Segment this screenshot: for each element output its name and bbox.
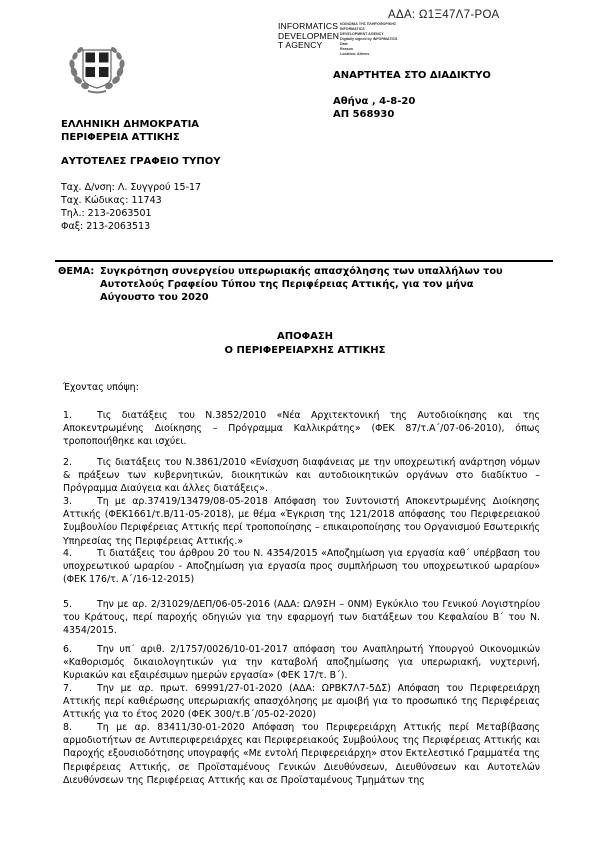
document-meta: ΑΝΑΡΤΗΤΕΑ ΣΤΟ ΔΙΑΔΙΚΤΥΟ Αθήνα , 4-8-20 Α…	[333, 70, 491, 121]
issuer-region: ΠΕΡΙΦΕΡΕΙΑ ΑΤΤΙΚΗΣ	[61, 131, 199, 144]
protocol-number: ΑΠ 568930	[333, 108, 491, 121]
considerations-item: 8.Τη με αρ. 83411/30-01-2020 Απόφαση του…	[63, 721, 540, 787]
greek-coat-of-arms-icon	[66, 42, 128, 94]
publish-note: ΑΝΑΡΤΗΤΕΑ ΣΤΟ ΔΙΑΔΙΚΤΥΟ	[333, 70, 491, 81]
digital-signature-stamp: ΚΟΙΝΩΝΙΑ ΤΗΣ ΠΛΗΡΟΦΟΡΙΚΗΣ INFORMATICS DE…	[340, 22, 397, 57]
decision-title: ΑΠΟΦΑΣΗ	[55, 330, 555, 344]
item-number: 4.	[63, 547, 97, 560]
contact-postal-code: Ταχ. Κώδικας: 11743	[61, 194, 201, 207]
item-number: 7.	[63, 682, 97, 695]
informatics-agency-logo: INFORMATICS DEVELOPMEN T AGENCY	[278, 22, 339, 51]
decision-heading: ΑΠΟΦΑΣΗ Ο ΠΕΡΙΦΕΡΕΙΑΡΧΗΣ ΑΤΤΙΚΗΣ	[55, 330, 555, 358]
contact-address: Ταχ. Δ/νση: Λ. Συγγρού 15-17	[61, 181, 201, 194]
considerations-item: 6.Την υπ΄ αριθ. 2/1757/0026/10-01-2017 α…	[63, 643, 540, 683]
contact-block: Ταχ. Δ/νση: Λ. Συγγρού 15-17 Ταχ. Κώδικα…	[61, 181, 201, 233]
item-text: Τι διατάξεις του άρθρου 20 του Ν. 4354/2…	[63, 548, 540, 585]
subject-line: Συγκρότηση συνεργείου υπερωριακής απασχό…	[100, 266, 503, 277]
considerations-item: 7.Την με αρ. πρωτ. 69991/27-01-2020 (ΑΔΑ…	[63, 682, 540, 722]
item-number: 2.	[63, 456, 97, 469]
logo-line: T AGENCY	[278, 41, 339, 51]
subject-label: ΘΕΜΑ:	[58, 265, 100, 278]
decision-subtitle: Ο ΠΕΡΙΦΕΡΕΙΑΡΧΗΣ ΑΤΤΙΚΗΣ	[55, 344, 555, 358]
issuer-department: ΑΥΤΟΤΕΛΕΣ ΓΡΑΦΕΙΟ ΤΥΠΟΥ	[61, 155, 221, 168]
item-number: 8.	[63, 721, 97, 734]
contact-phone: Τηλ.: 213-2063501	[61, 207, 201, 220]
item-number: 1.	[63, 409, 97, 422]
subject-line: Αύγουστο του 2020	[58, 291, 538, 304]
item-number: 5.	[63, 598, 97, 611]
item-text: Την υπ΄ αριθ. 2/1757/0026/10-01-2017 από…	[63, 644, 540, 681]
item-text: Τις διατάξεις του Ν.3852/2010 «Νέα Αρχιτ…	[63, 410, 540, 447]
contact-fax: Φαξ: 213-2063513	[61, 220, 201, 233]
considerations-item: 4.Τι διατάξεις του άρθρου 20 του Ν. 4354…	[63, 547, 540, 587]
document-date: Αθήνα , 4-8-20	[333, 95, 491, 108]
item-text: Τη με αρ.37419/13479/08-05-2018 Απόφαση …	[63, 496, 540, 547]
considerations-item: 5.Την με αρ. 2/31029/ΔΕΠ/06-05-2016 (ΑΔΑ…	[63, 598, 540, 638]
considerations-item: 3.Τη με αρ.37419/13479/08-05-2018 Απόφασ…	[63, 495, 540, 548]
item-text: Την με αρ. πρωτ. 69991/27-01-2020 (ΑΔΑ: …	[63, 683, 540, 720]
considerations-item: 1.Τις διατάξεις του Ν.3852/2010 «Νέα Αρχ…	[63, 409, 540, 449]
issuer-block: ΕΛΛΗΝΙΚΗ ΔΗΜΟΚΡΑΤΙΑ ΠΕΡΙΦΕΡΕΙΑ ΑΤΤΙΚΗΣ	[61, 118, 199, 144]
item-number: 6.	[63, 643, 97, 656]
item-text: Την με αρ. 2/31029/ΔΕΠ/06-05-2016 (ΑΔΑ: …	[63, 599, 540, 636]
ada-code: ΑΔΑ: Ω1Ξ47Λ7-ΡΟΑ	[388, 9, 499, 21]
item-text: Τις διατάξεις του Ν.3861/2010 «Ενίσχυση …	[63, 457, 540, 494]
item-number: 3.	[63, 495, 97, 508]
issuer-country: ΕΛΛΗΝΙΚΗ ΔΗΜΟΚΡΑΤΙΑ	[61, 118, 199, 131]
signature-line: Digitally signed by INFORMATICS	[340, 37, 397, 42]
subject-divider	[55, 260, 553, 262]
subject-block: ΘΕΜΑ:Συγκρότηση συνεργείου υπερωριακής α…	[58, 265, 538, 304]
body-intro: Έχοντας υπόψη:	[63, 381, 540, 394]
subject-line: Αυτοτελούς Γραφείου Τύπου της Περιφέρεια…	[58, 278, 538, 291]
item-text: Τη με αρ. 83411/30-01-2020 Απόφαση του Π…	[63, 722, 540, 786]
signature-line: Location: Athens	[340, 52, 397, 57]
considerations-item: 2.Τις διατάξεις του Ν.3861/2010 «Ενίσχυσ…	[63, 456, 540, 496]
